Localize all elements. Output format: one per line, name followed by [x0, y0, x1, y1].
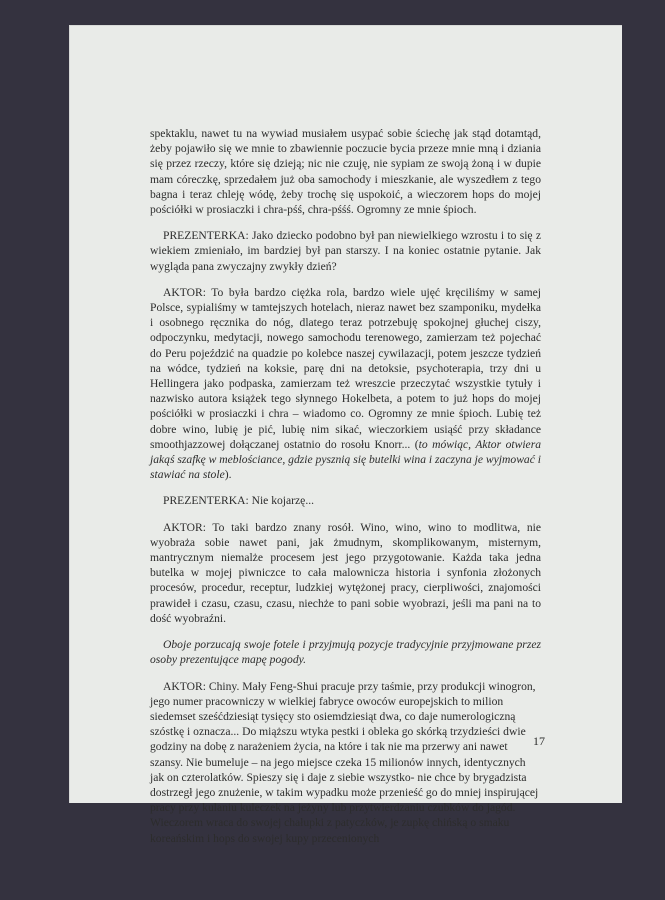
paragraph-stage-direction: Oboje porzucają swoje fotele i przyjmują…	[150, 637, 541, 667]
speaker-label: AKTOR:	[163, 680, 206, 693]
paragraph-dialogue: AKTOR: Chiny. Mały Feng-Shui pracuje prz…	[150, 679, 541, 846]
paragraph-text: Chiny. Mały Feng-Shui pracuje przy taśmi…	[150, 680, 538, 845]
speaker-label: AKTOR:	[163, 521, 206, 534]
paragraph-text: spektaklu, nawet tu na wywiad musiałem u…	[150, 127, 541, 216]
paragraph-dialogue: PREZENTERKA: Jako dziecko podobno był pa…	[150, 228, 541, 274]
paragraph-text: Nie kojarzę...	[249, 494, 314, 507]
page-body: spektaklu, nawet tu na wywiad musiałem u…	[150, 126, 541, 857]
paragraph-text: To taki bardzo znany rosół. Wino, wino, …	[150, 521, 541, 625]
speaker-label: PREZENTERKA:	[163, 229, 249, 242]
speaker-label: AKTOR:	[163, 286, 206, 299]
paragraph-text: To była bardzo ciężka rola, bardzo wiele…	[150, 286, 541, 451]
document-page: spektaklu, nawet tu na wywiad musiałem u…	[69, 25, 622, 803]
paragraph-continuation: spektaklu, nawet tu na wywiad musiałem u…	[150, 126, 541, 217]
paragraph-text-after: ).	[225, 468, 232, 481]
stage-direction-text: Oboje porzucają swoje fotele i przyjmują…	[150, 638, 541, 666]
paragraph-dialogue: AKTOR: To była bardzo ciężka rola, bardz…	[150, 285, 541, 483]
speaker-label: PREZENTERKA:	[163, 494, 249, 507]
paragraph-dialogue: AKTOR: To taki bardzo znany rosół. Wino,…	[150, 520, 541, 626]
page-number: 17	[533, 734, 545, 749]
paragraph-dialogue: PREZENTERKA: Nie kojarzę...	[150, 493, 541, 508]
